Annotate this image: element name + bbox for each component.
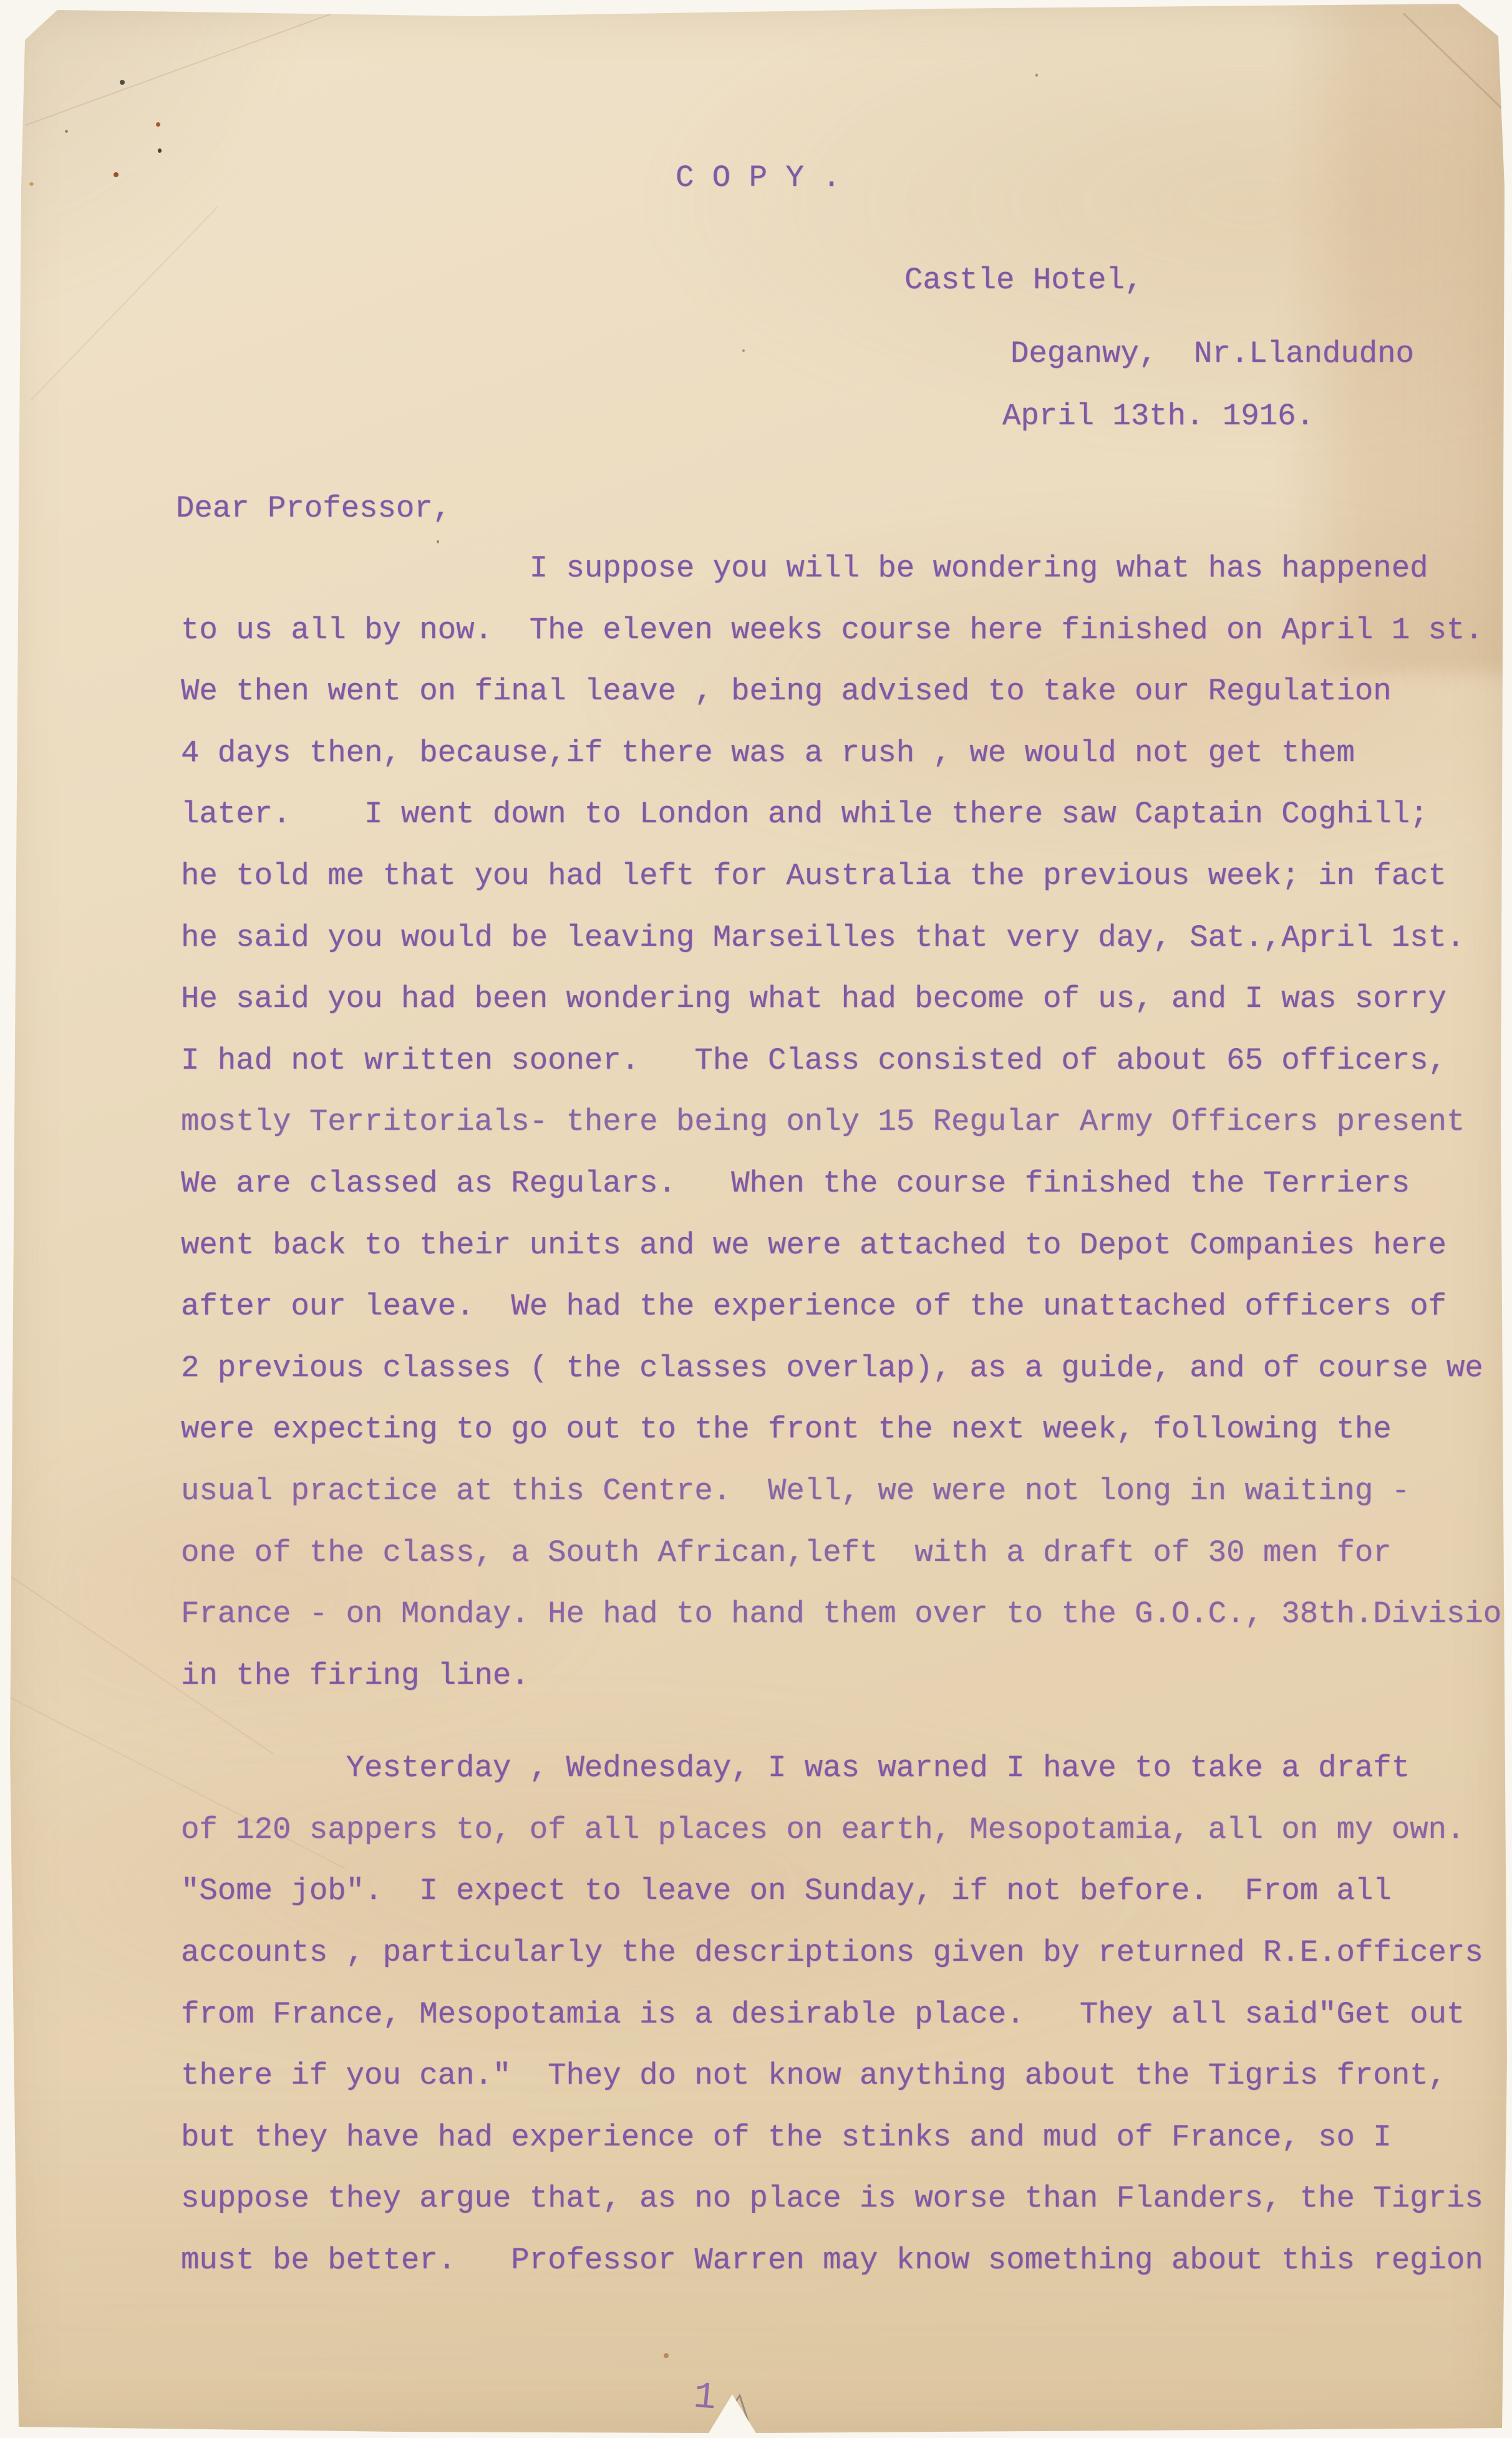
letter-paper: C O P Y . Castle Hotel, Deganwy, Nr.Llan… <box>0 0 1512 2438</box>
body-line: were expecting to go out to the front th… <box>181 1399 1512 1460</box>
scan-background: C O P Y . Castle Hotel, Deganwy, Nr.Llan… <box>0 0 1512 2438</box>
body-line: to us all by now. The eleven weeks cours… <box>181 600 1512 661</box>
body-line: he said you would be leaving Marseilles … <box>181 907 1512 969</box>
body-line: He said you had been wondering what had … <box>181 968 1512 1030</box>
page-number-pencil: 1 <box>692 2376 718 2421</box>
body-line: but they have had experience of the stin… <box>181 2107 1512 2168</box>
body-line: one of the class, a South African,left w… <box>181 1522 1512 1584</box>
body-line: from France, Mesopotamia is a desirable … <box>181 1984 1512 2046</box>
body-line: I suppose you will be wondering what has… <box>181 538 1512 600</box>
body-line: "Some job". I expect to leave on Sunday,… <box>181 1860 1512 1922</box>
ink-speck <box>156 122 160 127</box>
body-line: We then went on final leave , being advi… <box>181 661 1512 722</box>
body-line: must be better. Professor Warren may kno… <box>181 2230 1512 2291</box>
body-line: mostly Territorials- there being only 15… <box>181 1091 1512 1153</box>
body-line: usual practice at this Centre. Well, we … <box>181 1460 1512 1522</box>
body-line: went back to their units and we were att… <box>181 1215 1512 1276</box>
fold-crease <box>31 206 218 401</box>
ink-speck <box>1035 74 1038 77</box>
date-line: April 13th. 1916. <box>1002 398 1314 435</box>
ink-speck <box>114 172 119 177</box>
address-line-town: Deganwy, Nr.Llandudno <box>1010 336 1414 372</box>
body-line: of 120 sappers to, of all places on eart… <box>181 1799 1512 1861</box>
body-line: later. I went down to London and while t… <box>181 784 1512 845</box>
body-line: suppose they argue that, as no place is … <box>181 2168 1512 2230</box>
body-line: Yesterday , Wednesday, I was warned I ha… <box>181 1737 1512 1799</box>
body-line: there if you can." They do not know anyt… <box>181 2045 1512 2107</box>
ink-speck <box>158 148 162 153</box>
body-line: he told me that you had left for Austral… <box>181 845 1512 907</box>
ink-speck <box>742 349 745 352</box>
copy-heading: C O P Y . <box>676 160 841 197</box>
ink-speck <box>664 2353 669 2358</box>
address-line-hotel: Castle Hotel, <box>904 262 1143 299</box>
ink-speck <box>120 80 125 85</box>
stain-top-left-corner <box>0 0 312 312</box>
letter-body: I suppose you will be wondering what has… <box>181 538 1512 2291</box>
body-line: We are classed as Regulars. When the cou… <box>181 1153 1512 1215</box>
body-line: 4 days then, because,if there was a rush… <box>181 722 1512 784</box>
stain-upper-right <box>636 37 1512 449</box>
body-line: 2 previous classes ( the classes overlap… <box>181 1338 1512 1399</box>
body-line: France - on Monday. He had to hand them … <box>181 1583 1512 1645</box>
body-line: I had not written sooner. The Class cons… <box>181 1030 1512 1092</box>
fold-crease <box>25 6 354 126</box>
salutation: Dear Professor, <box>176 490 451 527</box>
body-line: after our leave. We had the experience o… <box>181 1276 1512 1338</box>
body-line: accounts , particularly the descriptions… <box>181 1922 1512 1984</box>
body-line: in the firing line. <box>181 1645 1512 1707</box>
ink-speck <box>65 130 68 133</box>
ink-speck <box>29 182 34 186</box>
fold-crease-top-right <box>1403 12 1512 122</box>
